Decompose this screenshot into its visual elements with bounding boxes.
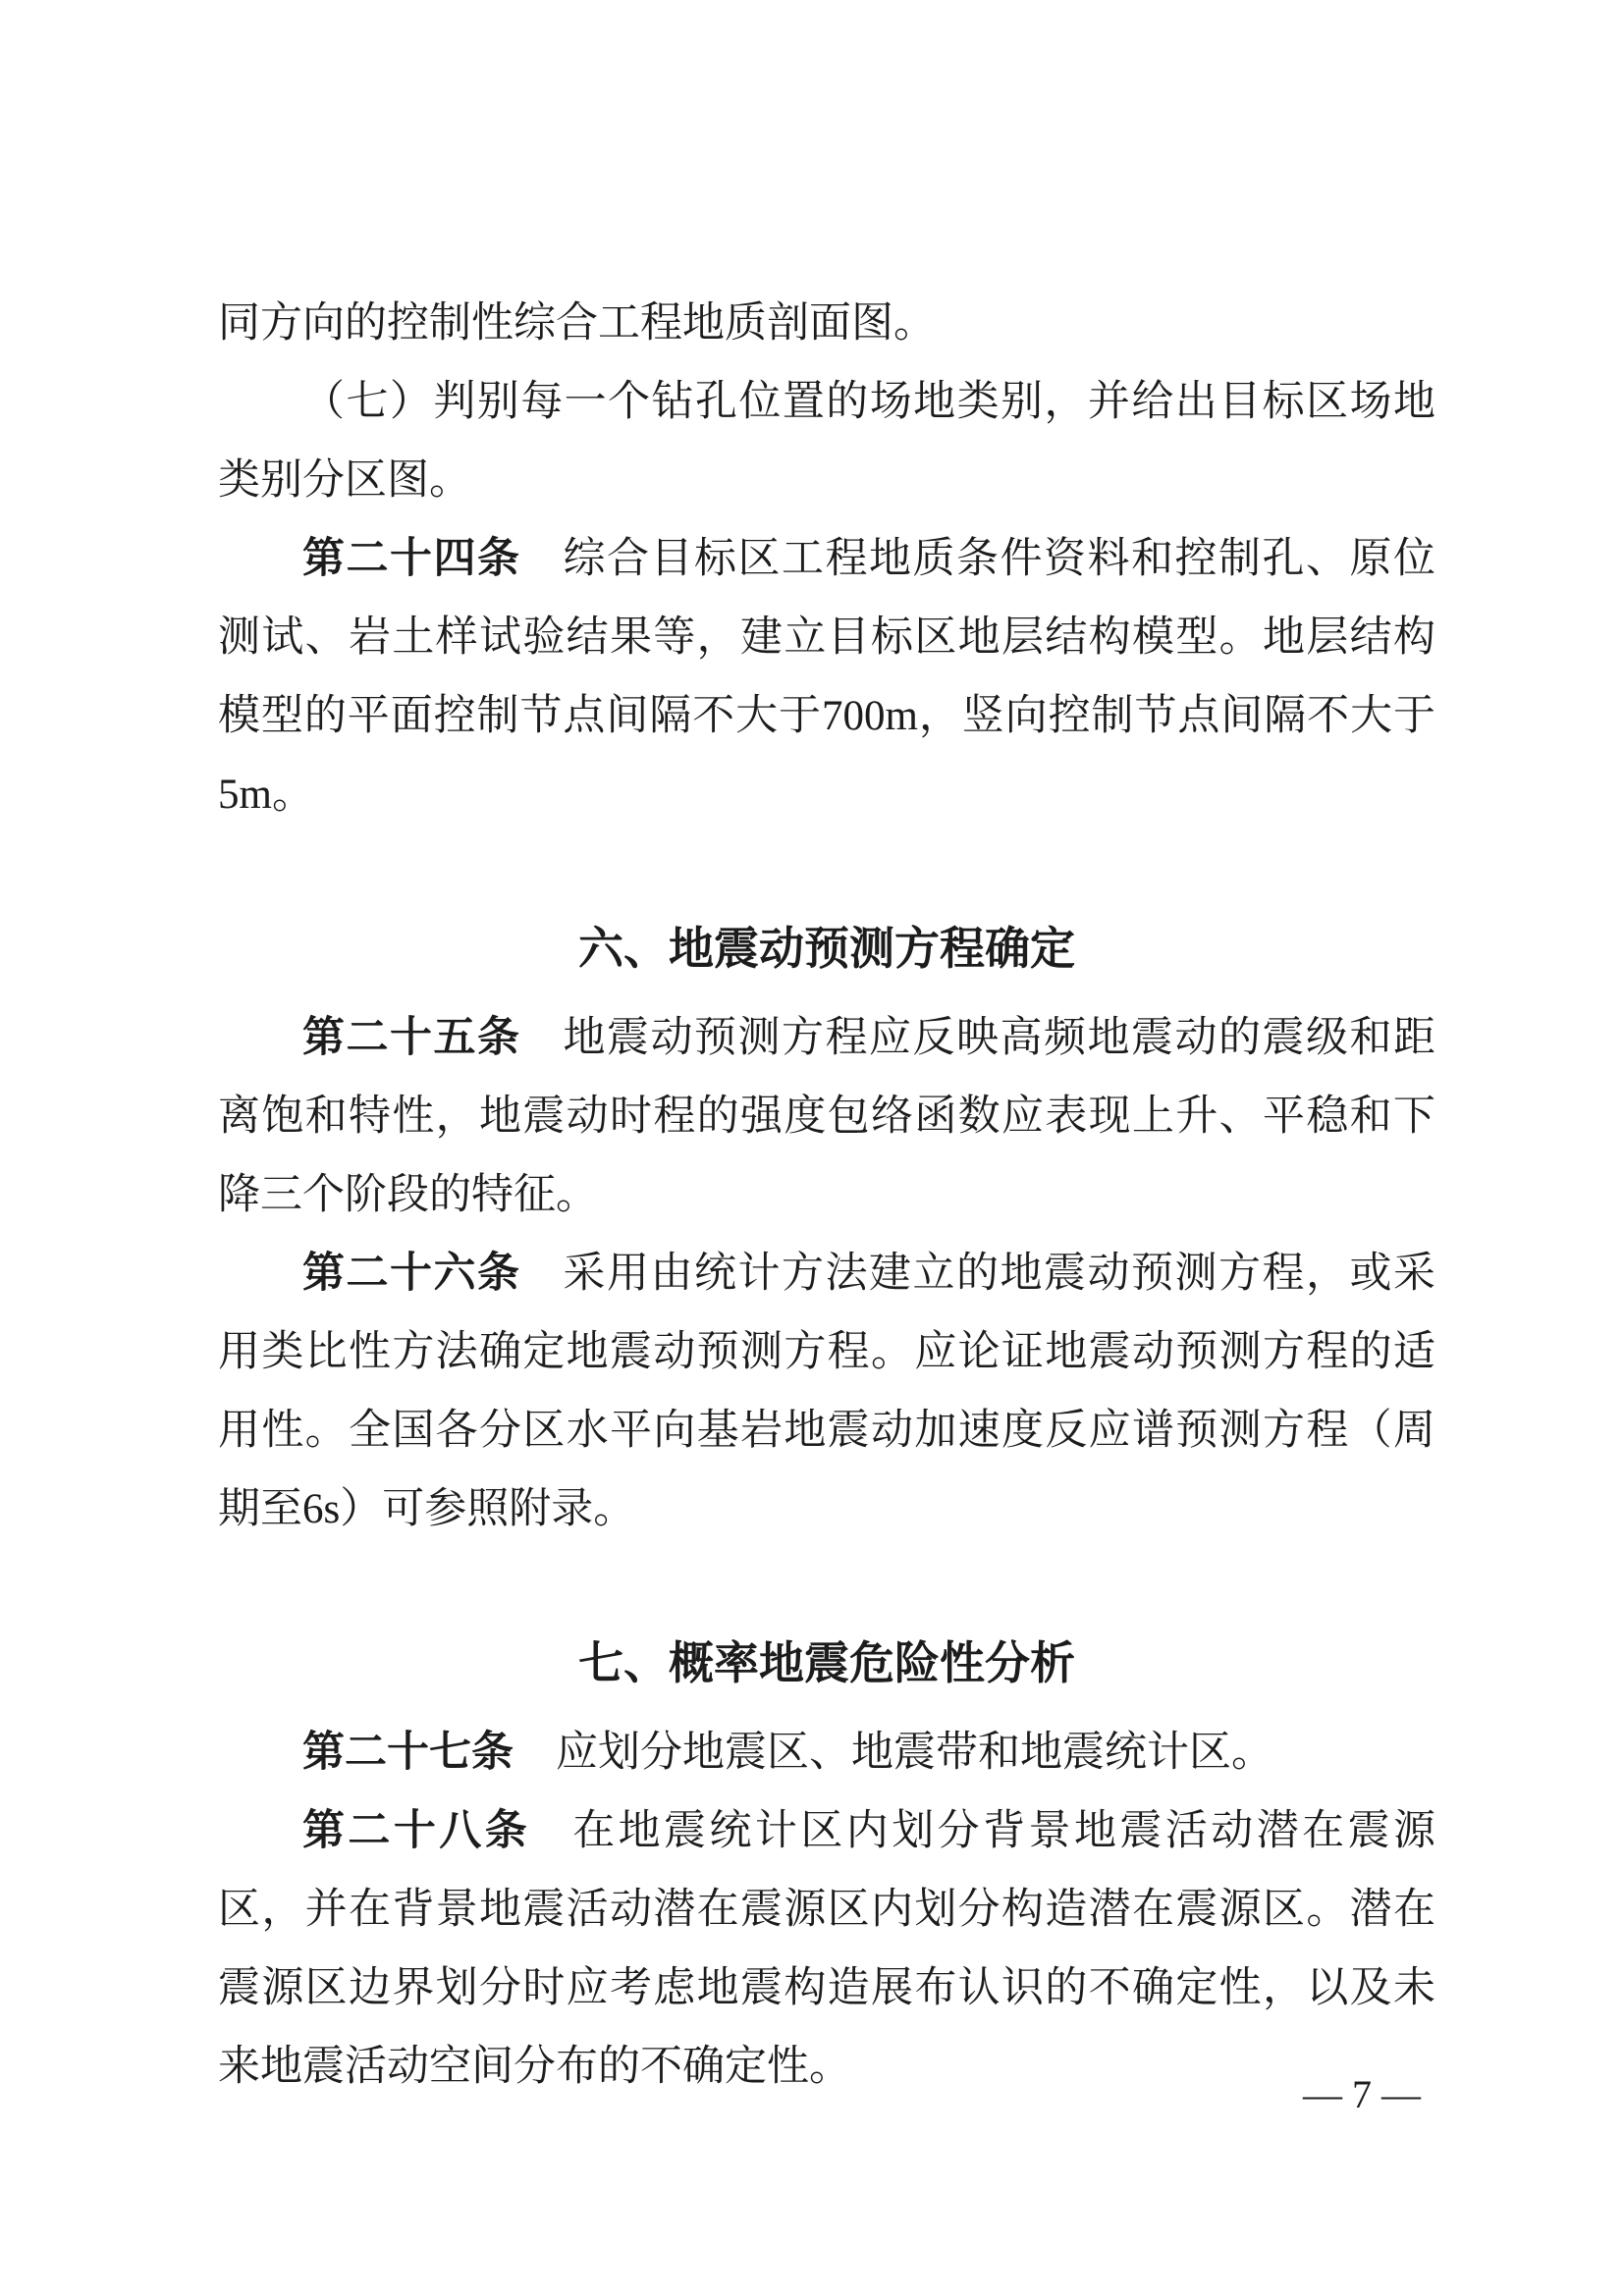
paragraph-article-26: 第二十六条采用由统计方法建立的地震动预测方程，或采用类比性方法确定地震动预测方程…: [218, 1235, 1435, 1549]
document-body: 同方向的控制性综合工程地质剖面图。 （七）判别每一个钻孔位置的场地类别，并给出目…: [218, 285, 1435, 2107]
paragraph-item-seven: （七）判别每一个钻孔位置的场地类别，并给出目标区场地类别分区图。: [218, 363, 1435, 520]
page-footer: — 7 —: [1303, 2073, 1421, 2116]
section-seven-heading: 七、概率地震危险性分析: [218, 1624, 1435, 1702]
document-page: 同方向的控制性综合工程地质剖面图。 （七）判别每一个钻孔位置的场地类别，并给出目…: [0, 0, 1623, 2296]
article-27-label: 第二十七条: [302, 1730, 514, 1776]
article-24-label: 第二十四条: [302, 536, 521, 582]
paragraph-continuation: 同方向的控制性综合工程地质剖面图。: [218, 285, 1435, 363]
paragraph-article-24: 第二十四条综合目标区工程地质条件资料和控制孔、原位测试、岩土样试验结果等，建立目…: [218, 520, 1435, 834]
section-six-heading: 六、地震动预测方程确定: [218, 909, 1435, 988]
page-number: — 7 —: [1303, 2072, 1421, 2116]
paragraph-article-25: 第二十五条地震动预测方程应反映高频地震动的震级和距离饱和特性，地震动时程的强度包…: [218, 999, 1435, 1235]
article-27-text: 应划分地震区、地震带和地震统计区。: [556, 1730, 1273, 1776]
paragraph-article-27: 第二十七条应划分地震区、地震带和地震统计区。: [218, 1714, 1435, 1792]
article-26-label: 第二十六条: [302, 1251, 521, 1297]
paragraph-article-28: 第二十八条在地震统计区内划分背景地震活动潜在震源区，并在背景地震活动潜在震源区内…: [218, 1792, 1435, 2107]
article-28-label: 第二十八条: [302, 1808, 530, 1854]
article-25-label: 第二十五条: [302, 1015, 521, 1061]
